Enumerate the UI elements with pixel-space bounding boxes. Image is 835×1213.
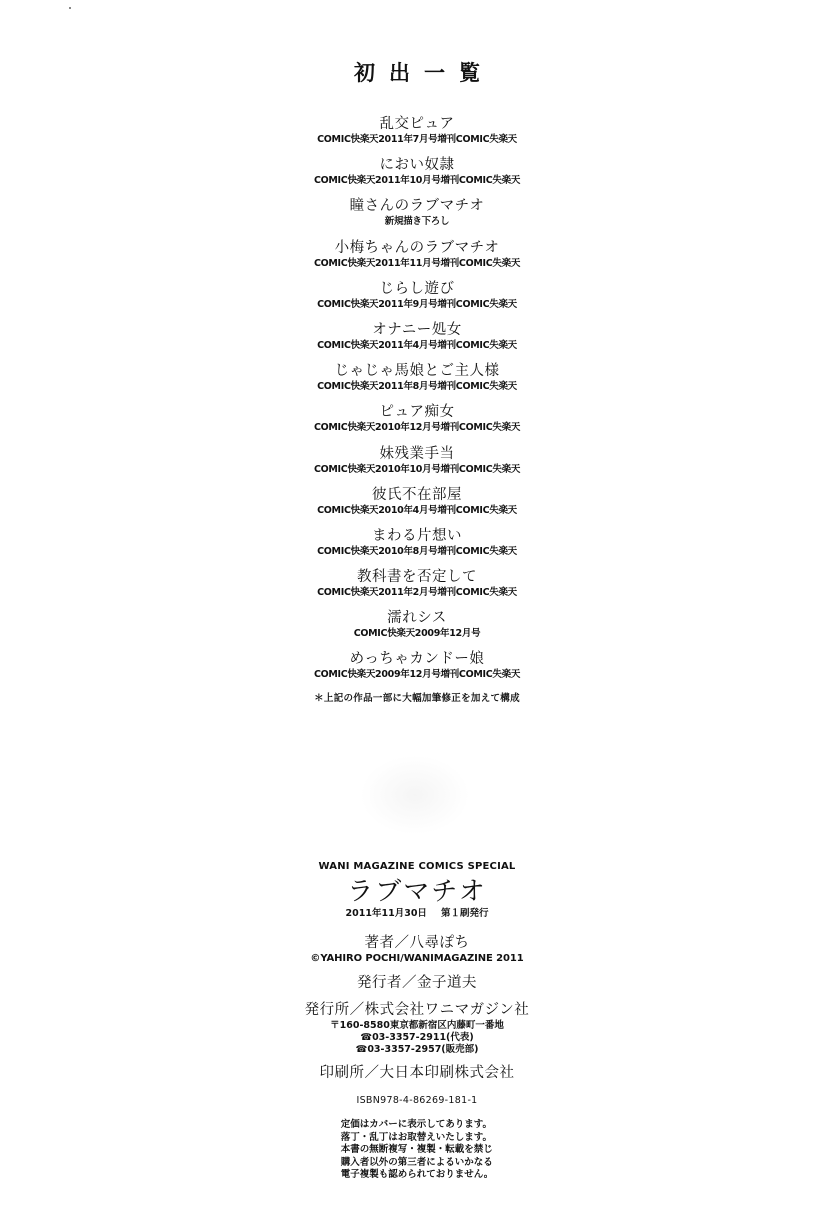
- phone-main: ☎03-3357-2911(代表): [262, 1032, 572, 1044]
- list-item: 小梅ちゃんのラブマチオ COMIC快楽天2011年11月号増刊COMIC失楽天: [262, 239, 572, 280]
- list-item: まわる片想い COMIC快楽天2010年8月号増刊COMIC失楽天: [262, 527, 572, 568]
- story-title: におい奴隷: [262, 156, 572, 175]
- story-title: オナニー処女: [262, 321, 572, 340]
- list-item: めっちゃカンドー娘 COMIC快楽天2009年12月号増刊COMIC失楽天: [262, 650, 572, 691]
- list-item: 妹残業手当 COMIC快楽天2010年10月号増刊COMIC失楽天: [262, 445, 572, 486]
- revision-note: ＊上記の作品一部に大幅加筆修正を加えて構成: [262, 690, 572, 704]
- notice-line: 購入者以外の第三者によるいかなる: [341, 1157, 494, 1170]
- story-source: COMIC快楽天2011年10月号増刊COMIC失楽天: [262, 175, 572, 187]
- author-line: 著者／八尋ぽち: [262, 934, 572, 953]
- list-item: 瞳さんのラブマチオ 新規描き下ろし: [262, 197, 572, 238]
- notice-line: 電子複製も認められておりません。: [341, 1169, 494, 1182]
- story-source: COMIC快楽天2011年7月号増刊COMIC失楽天: [262, 134, 572, 146]
- publication-date-line: 2011年11月30日第１刷発行: [262, 908, 572, 920]
- story-title: じゃじゃ馬娘とご主人様: [262, 362, 572, 381]
- publication-date: 2011年11月30日: [346, 908, 427, 919]
- story-title: 妹残業手当: [262, 445, 572, 464]
- notice-line: 本書の無断複写・複製・転載を禁じ: [341, 1144, 494, 1157]
- list-item: じらし遊び COMIC快楽天2011年9月号増刊COMIC失楽天: [262, 280, 572, 321]
- colophon-page: 初出一覧 乱交ピュア COMIC快楽天2011年7月号増刊COMIC失楽天 にお…: [0, 0, 835, 1213]
- first-appearance-heading: 初出一覧: [262, 59, 572, 87]
- story-title: 彼氏不在部屋: [262, 486, 572, 505]
- phone-sales: ☎03-3357-2957(販売部): [262, 1044, 572, 1056]
- story-title: 乱交ピュア: [262, 115, 572, 134]
- story-source: COMIC快楽天2010年12月号増刊COMIC失楽天: [262, 422, 572, 434]
- story-source: COMIC快楽天2009年12月号増刊COMIC失楽天: [262, 669, 572, 681]
- scan-speck: [69, 7, 71, 9]
- story-title: 教科書を否定して: [262, 568, 572, 587]
- story-source: COMIC快楽天2010年4月号増刊COMIC失楽天: [262, 505, 572, 517]
- copyright-line: ©YAHIRO POCHI/WANIMAGAZINE 2011: [262, 953, 572, 965]
- edition: 第１刷発行: [441, 908, 489, 919]
- book-title: ラブマチオ: [262, 876, 572, 908]
- legal-notice: 定価はカバーに表示してあります。 落丁・乱丁はお取替えいたします。 本書の無断複…: [341, 1119, 494, 1182]
- publisher-address: 〒160-8580東京都新宿区内藤町一番地: [262, 1020, 572, 1032]
- list-item: 教科書を否定して COMIC快楽天2011年2月号増刊COMIC失楽天: [262, 568, 572, 609]
- story-source: COMIC快楽天2010年8月号増刊COMIC失楽天: [262, 546, 572, 558]
- notice-line: 落丁・乱丁はお取替えいたします。: [341, 1132, 494, 1145]
- series-name: WANI MAGAZINE COMICS SPECIAL: [262, 860, 572, 874]
- story-source: COMIC快楽天2010年10月号増刊COMIC失楽天: [262, 464, 572, 476]
- list-item: 乱交ピュア COMIC快楽天2011年7月号増刊COMIC失楽天: [262, 115, 572, 156]
- list-item: 濡れシス COMIC快楽天2009年12月号: [262, 609, 572, 650]
- story-title: まわる片想い: [262, 527, 572, 546]
- story-source: COMIC快楽天2011年11月号増刊COMIC失楽天: [262, 258, 572, 270]
- list-item: じゃじゃ馬娘とご主人様 COMIC快楽天2011年8月号増刊COMIC失楽天: [262, 362, 572, 403]
- list-item: オナニー処女 COMIC快楽天2011年4月号増刊COMIC失楽天: [262, 321, 572, 362]
- list-item: におい奴隷 COMIC快楽天2011年10月号増刊COMIC失楽天: [262, 156, 572, 197]
- story-source: 新規描き下ろし: [262, 216, 572, 228]
- publisher-person-line: 発行者／金子道夫: [262, 974, 572, 993]
- story-title: 濡れシス: [262, 609, 572, 628]
- first-appearance-list: 乱交ピュア COMIC快楽天2011年7月号増刊COMIC失楽天 におい奴隷 C…: [262, 115, 572, 692]
- story-title: 瞳さんのラブマチオ: [262, 197, 572, 216]
- story-source: COMIC快楽天2011年9月号増刊COMIC失楽天: [262, 299, 572, 311]
- printer-line: 印刷所／大日本印刷株式会社: [262, 1064, 572, 1083]
- story-title: めっちゃカンドー娘: [262, 650, 572, 669]
- list-item: ピュア痴女 COMIC快楽天2010年12月号増刊COMIC失楽天: [262, 403, 572, 444]
- story-title: ピュア痴女: [262, 403, 572, 422]
- notice-line: 定価はカバーに表示してあります。: [341, 1119, 494, 1132]
- story-source: COMIC快楽天2011年8月号増刊COMIC失楽天: [262, 381, 572, 393]
- story-source: COMIC快楽天2011年2月号増刊COMIC失楽天: [262, 587, 572, 599]
- colophon: WANI MAGAZINE COMICS SPECIAL ラブマチオ 2011年…: [262, 860, 572, 1182]
- isbn: ISBN978-4-86269-181-1: [262, 1095, 572, 1107]
- story-title: じらし遊び: [262, 280, 572, 299]
- publisher-line: 発行所／株式会社ワニマガジン社: [262, 1001, 572, 1020]
- story-source: COMIC快楽天2009年12月号: [262, 628, 572, 640]
- list-item: 彼氏不在部屋 COMIC快楽天2010年4月号増刊COMIC失楽天: [262, 486, 572, 527]
- scan-smudge: [360, 755, 470, 835]
- story-title: 小梅ちゃんのラブマチオ: [262, 239, 572, 258]
- story-source: COMIC快楽天2011年4月号増刊COMIC失楽天: [262, 340, 572, 352]
